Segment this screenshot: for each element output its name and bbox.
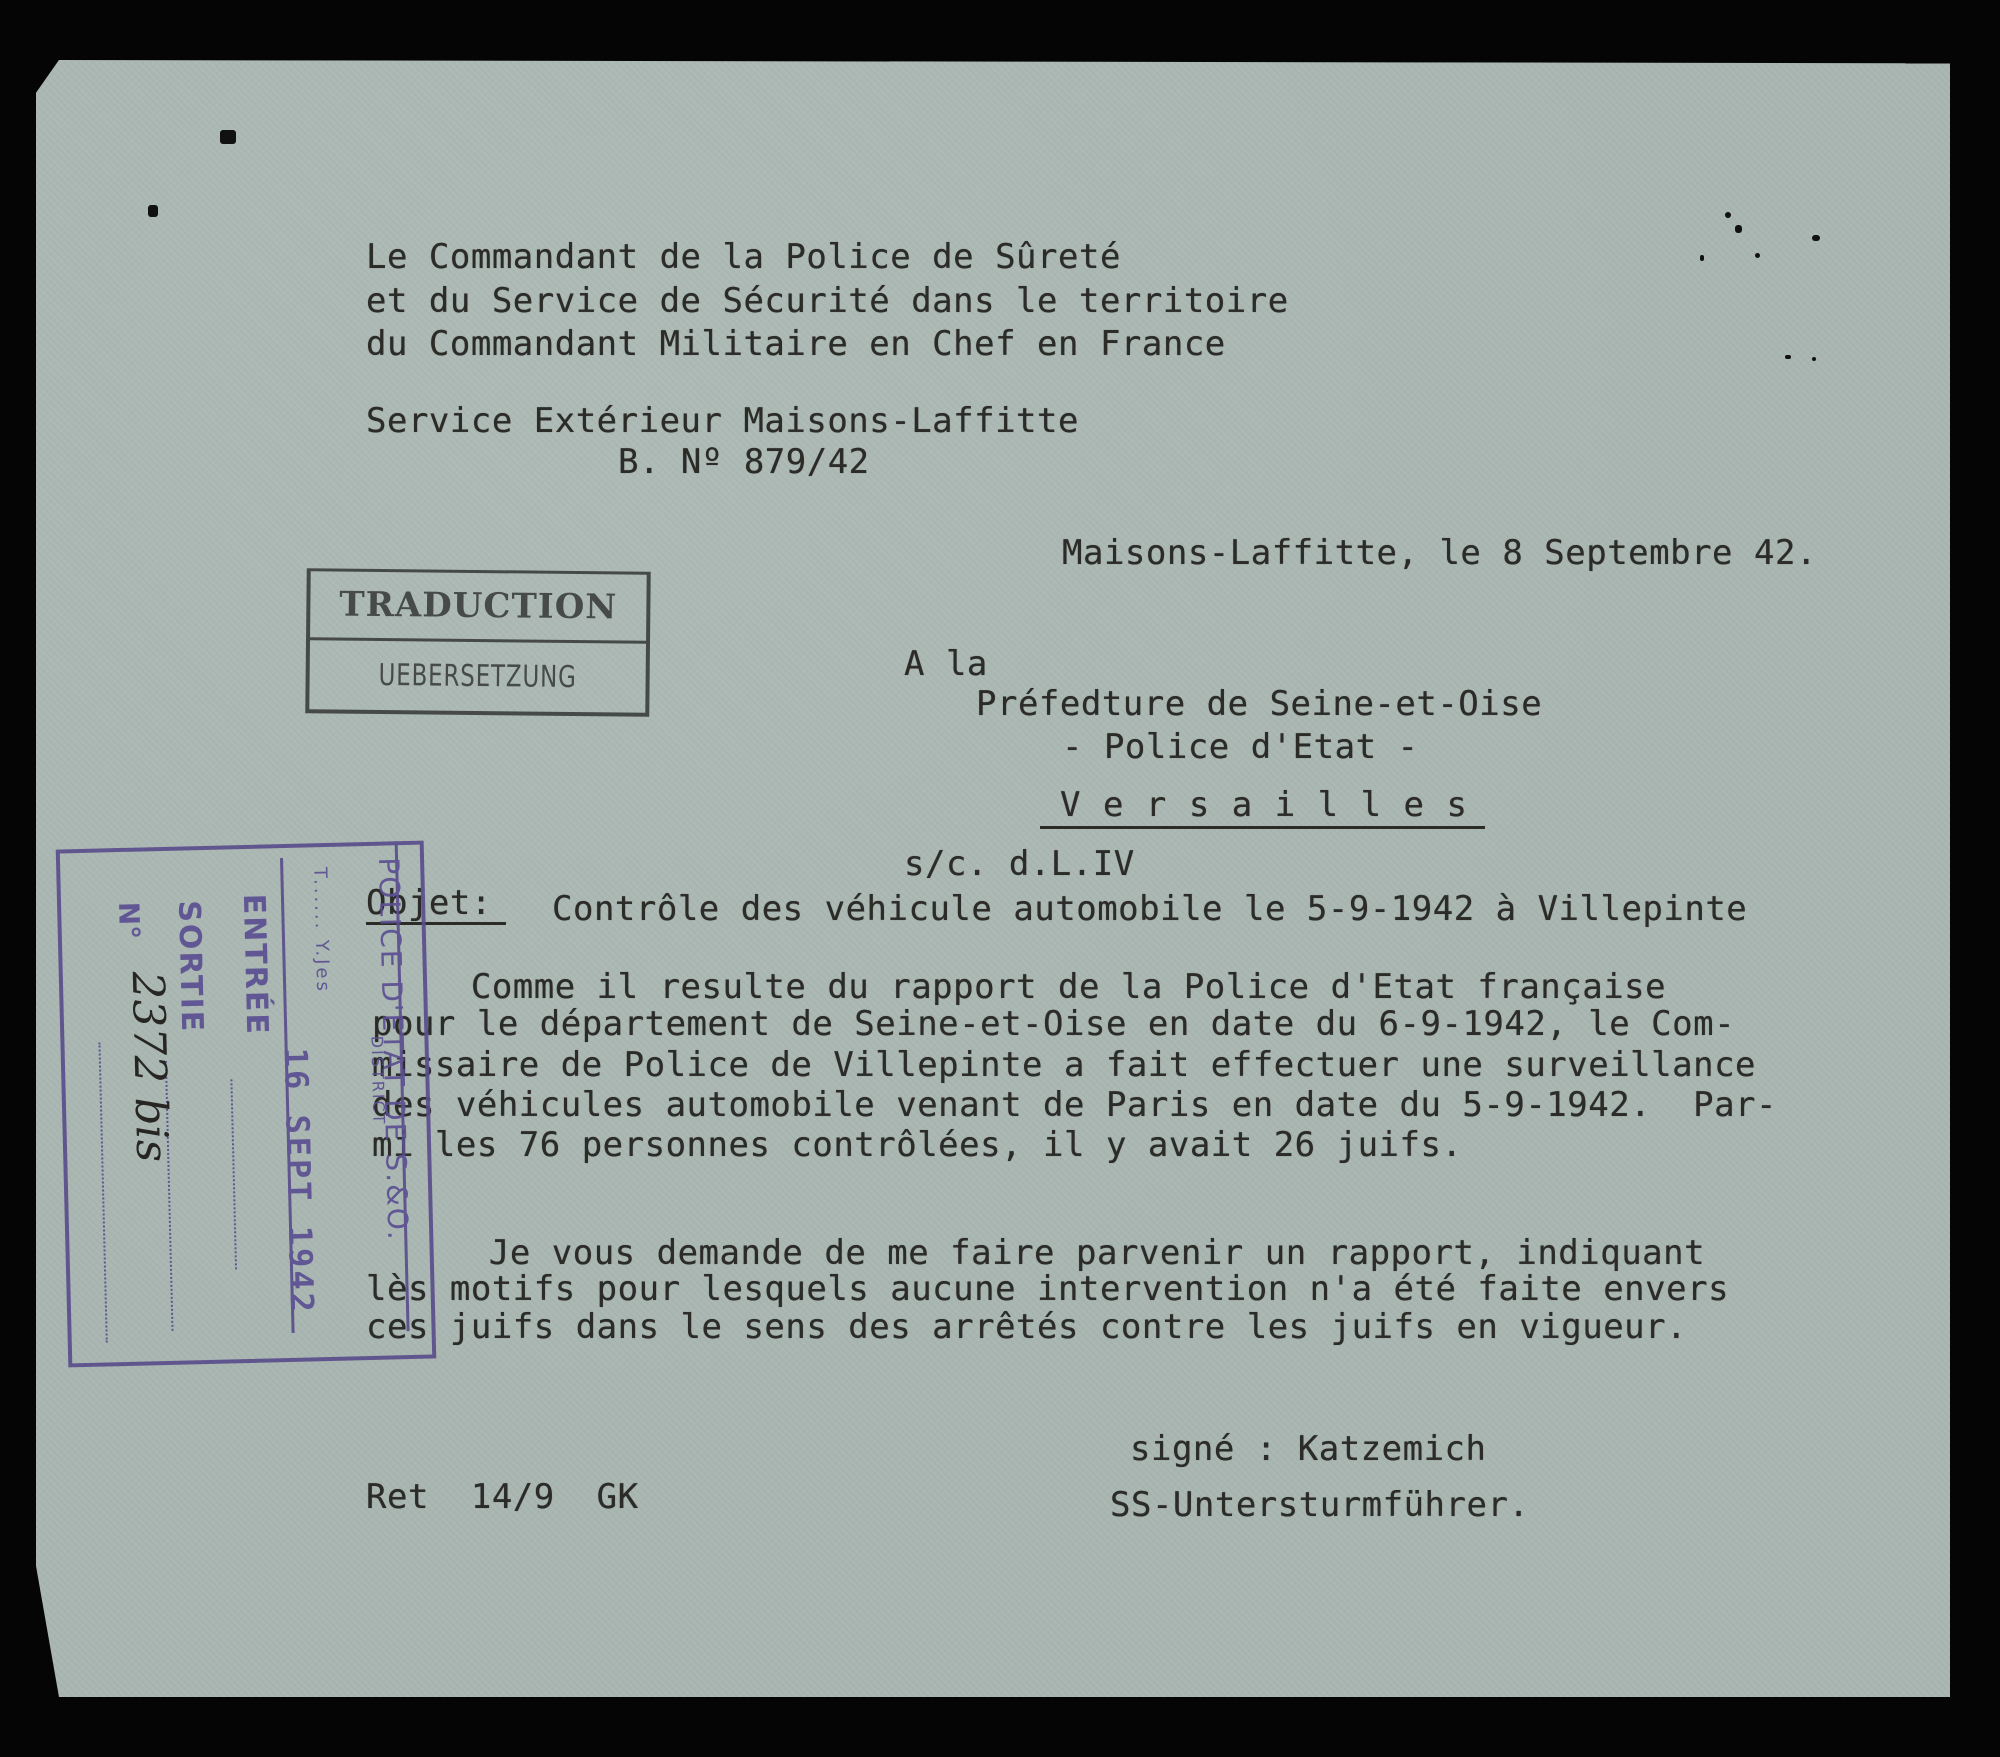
subject-text: Contrôle des véhicule automobile le 5-9-… [552,888,1747,930]
reference-number: B. Nº 879/42 [618,441,870,483]
paper-hole [148,205,158,217]
police-registration-stamp: POLICE D'ETAT DE S.&O. DISTRICT T...... … [56,841,437,1368]
recipient-line-2: Préfedture de Seine-et-Oise [976,683,1542,725]
translation-stamp-top: TRADUCTION [310,571,647,644]
footer-reference: Ret 14/9 GK [366,1476,639,1518]
signature-rank: SS-Untersturmführer. [1110,1484,1529,1526]
paper-speck [1812,357,1816,361]
letterhead-line-3: du Commandant Militaire en Chef en Franc… [366,323,1226,365]
service-name: Service Extérieur Maisons-Laffitte [366,400,1079,442]
paper-hole [220,130,236,144]
stamp-dotted-field [98,1043,107,1343]
via-routing: s/c. d.L.IV [904,843,1135,885]
stamp-dotted-field [230,1079,237,1269]
letterhead-line-2: et du Service de Sécurité dans le territ… [366,280,1289,322]
stamp-exit-label: SORTIE [171,900,209,1034]
body-p1-line-3: missaire de Police de Villepinte a fait … [372,1044,1756,1086]
stamp-extra-mark: T...... Y.Jes [309,867,333,994]
translation-stamp: TRADUCTION UEBERSETZUNG [305,568,650,717]
stamp-entry-date: 16 SEPT 1942 [277,1047,322,1315]
paper-speck [1755,253,1760,258]
body-p1-line-4: des véhicules automobile venant de Paris… [372,1084,1777,1126]
body-p1-line-2: pour le département de Seine-et-Oise en … [372,1003,1735,1045]
recipient-city: V e r s a i l l e s [1060,784,1468,826]
body-p2-line-2: lès motifs pour lesquels aucune interven… [366,1268,1729,1310]
body-p1-line-5: mi les 76 personnes contrôlées, il y ava… [372,1124,1462,1166]
stamp-entry-label: ENTRÉE [236,893,274,1036]
city-underline [1040,826,1485,829]
recipient-line-3: - Police d'Etat - [1062,726,1419,768]
body-p2-line-3: ces juifs dans le sens des arrêtés contr… [366,1306,1687,1348]
paper-speck [1700,255,1704,261]
letterhead-line-1: Le Commandant de la Police de Sûreté [366,236,1121,278]
paper-speck [1785,355,1791,359]
signature-signed: signé : Katzemich [1130,1428,1487,1470]
translation-stamp-bottom: UEBERSETZUNG [334,641,620,713]
body-p1-line-1: Comme il resulte du rapport de la Police… [366,966,1666,1008]
place-and-date: Maisons-Laffitte, le 8 Septembre 42. [1062,532,1817,574]
stamp-number-handwritten: 2372 bis [122,971,178,1163]
recipient-line-1: A la [904,643,988,685]
stamp-number-label: N° [112,901,146,939]
paper-speck [1725,212,1731,218]
paper-speck [1735,225,1742,233]
paper-speck [1812,235,1820,241]
stamp-subheader: DISTRICT [367,1036,388,1126]
